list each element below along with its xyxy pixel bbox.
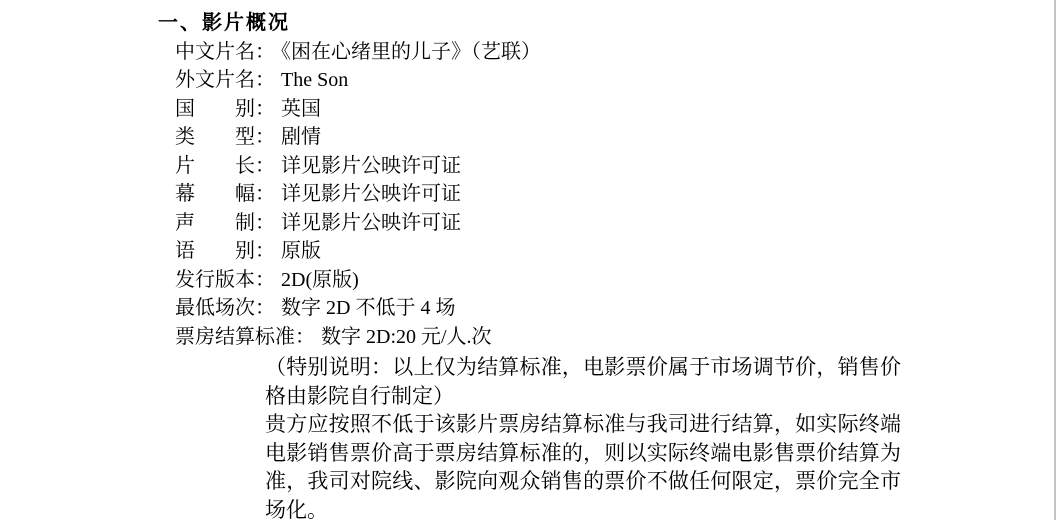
field-row-settlement-standard: 票房结算标准：数字 2D:20 元/人.次 (175, 323, 918, 352)
settlement-notes: （特别说明：以上仅为结算标准，电影票价属于市场调节价，销售价格由影院自行制定） … (265, 353, 901, 520)
field-label: 类 型： (175, 126, 275, 148)
page-edge-line (1054, 0, 1056, 520)
field-row-country: 国 别：英国 (175, 95, 918, 124)
field-row-aspect: 幕 幅：详见影片公映许可证 (175, 180, 918, 209)
field-row-min-screenings: 最低场次：数字 2D 不低于 4 场 (175, 294, 918, 323)
field-value: 详见影片公映许可证 (281, 183, 461, 205)
field-row-genre: 类 型：剧情 (175, 123, 918, 152)
field-value: 《困在心绪里的儿子》（艺联） (281, 41, 541, 63)
document-content: 一、影片概况 中文片名：《困在心绪里的儿子》（艺联） 外文片名：The Son … (158, 9, 918, 520)
film-info-list: 中文片名：《困在心绪里的儿子》（艺联） 外文片名：The Son 国 别：英国 … (175, 38, 918, 352)
field-label: 中文片名： (175, 41, 275, 63)
field-row-foreign-title: 外文片名：The Son (175, 66, 918, 95)
field-value: 英国 (281, 98, 321, 120)
field-value: 剧情 (281, 126, 321, 148)
field-value: 2D(原版) (281, 269, 359, 291)
field-value: 原版 (281, 240, 321, 262)
field-row-language: 语 别：原版 (175, 237, 918, 266)
note-special-remark: （特别说明：以上仅为结算标准，电影票价属于市场调节价，销售价格由影院自行制定） (265, 353, 901, 410)
field-value: 数字 2D 不低于 4 场 (281, 297, 455, 319)
field-label: 发行版本： (175, 269, 275, 291)
section-heading: 一、影片概况 (158, 9, 918, 38)
field-label: 语 别： (175, 240, 275, 262)
field-value: 数字 2D:20 元/人.次 (321, 326, 492, 348)
field-row-chinese-title: 中文片名：《困在心绪里的儿子》（艺联） (175, 38, 918, 67)
field-label: 国 别： (175, 98, 275, 120)
field-row-release-version: 发行版本：2D(原版) (175, 266, 918, 295)
field-value: The Son (281, 69, 348, 91)
note-settlement-terms: 贵方应按照不低于该影片票房结算标准与我司进行结算，如实际终端电影销售票价高于票房… (265, 410, 901, 520)
document-page: 一、影片概况 中文片名：《困在心绪里的儿子》（艺联） 外文片名：The Son … (0, 0, 1057, 520)
field-label: 声 制： (175, 212, 275, 234)
field-row-runtime: 片 长：详见影片公映许可证 (175, 152, 918, 181)
field-label: 片 长： (175, 155, 275, 177)
field-value: 详见影片公映许可证 (281, 212, 461, 234)
field-row-sound: 声 制：详见影片公映许可证 (175, 209, 918, 238)
field-label: 最低场次： (175, 297, 275, 319)
field-label: 幕 幅： (175, 183, 275, 205)
field-label: 外文片名： (175, 69, 275, 91)
field-label: 票房结算标准： (175, 326, 315, 348)
field-value: 详见影片公映许可证 (281, 155, 461, 177)
